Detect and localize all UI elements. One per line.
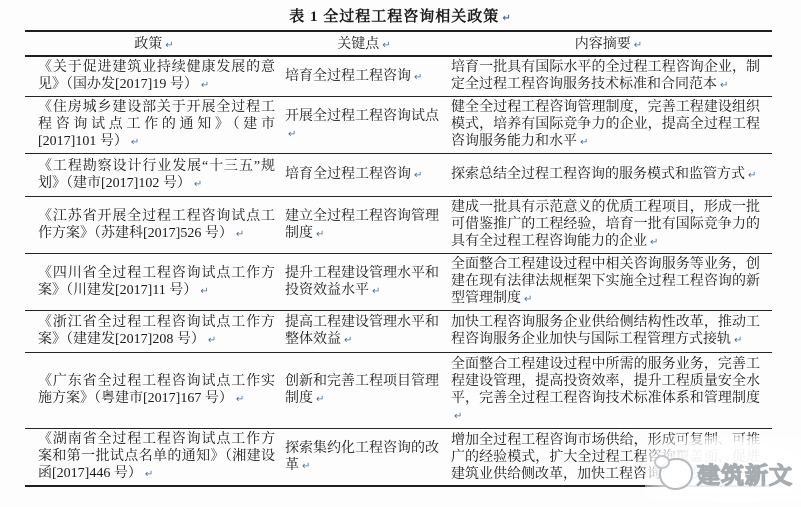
summary-text: 加快工程咨询服务企业供给侧结构性改革，推动工程咨询服务企业加快与国际工程管理方式… [451, 315, 760, 347]
paragraph-mark-icon: ↵ [382, 40, 390, 51]
paragraph-mark-icon: ↵ [580, 137, 588, 148]
policy-cell: 《住房城乡建设部关于开展全过程工程咨询试点工作的通知》（建市[2017]101 … [25, 97, 283, 154]
policy-cell: 《湖南省全过程工程咨询试点工作方案和第一批试点名单的通知》（湘建设函[2017]… [25, 429, 283, 487]
paragraph-mark-icon: ↵ [414, 170, 422, 181]
paragraph-mark-icon: ↵ [344, 335, 352, 346]
key-point-cell: 探索集约化工程咨询的改革↵ [283, 429, 445, 487]
policy-text: 《浙江省全过程工程咨询试点工作方案》（建建发[2017]208 号） [38, 315, 275, 347]
summary-text: 全面整合工程建设过程中所需的服务业务，完善工程建设管理，提高投资效率，提升工程质… [451, 357, 760, 406]
paragraph-mark-icon: ↵ [145, 469, 153, 480]
table-header-row: 政策↵ 关键点↵ 内容摘要↵ [25, 31, 772, 56]
key-point-cell: 创新和完善工程项目管理制度↵ [283, 353, 445, 429]
key-point-cell: 培育全过程工程咨询↵ [283, 56, 445, 97]
paragraph-mark-icon: ↵ [131, 137, 139, 148]
key-point-text: 培育全过程工程咨询 [285, 69, 411, 84]
paragraph-mark-icon: ↵ [316, 394, 324, 405]
paragraph-mark-icon: ↵ [650, 237, 658, 248]
table-row: 《住房城乡建设部关于开展全过程工程咨询试点工作的通知》（建市[2017]101 … [25, 97, 772, 154]
paragraph-mark-icon: ↵ [200, 286, 208, 297]
key-point-text: 培育全过程工程咨询 [285, 167, 411, 182]
policy-cell: 《江苏省开展全过程工程咨询试点工作方案》（苏建科[2017]526 号）↵ [25, 197, 283, 254]
key-point-cell: 培育全过程工程咨询↵ [283, 154, 445, 197]
column-header-summary: 内容摘要↵ [445, 31, 772, 56]
key-point-text: 建立全过程工程咨询管理制度 [285, 209, 439, 241]
policy-text: 《住房城乡建设部关于开展全过程工程咨询试点工作的通知》（建市[2017]101 … [38, 100, 275, 149]
policy-cell: 《工程勘察设计行业发展“十三五”规划》（建市[2017]102 号）↵ [25, 154, 283, 197]
table-row: 《工程勘察设计行业发展“十三五”规划》（建市[2017]102 号）↵ 培育全过… [25, 154, 772, 197]
paragraph-mark-icon: ↵ [502, 13, 511, 24]
paragraph-mark-icon: ↵ [236, 394, 244, 405]
column-header-key-point-label: 关键点 [337, 37, 379, 52]
policy-cell: 《四川省全过程工程咨询试点工作方案》（川建发[2017]11 号）↵ [25, 254, 283, 311]
paragraph-mark-icon: ↵ [748, 170, 756, 181]
paragraph-mark-icon: ↵ [236, 229, 244, 240]
policy-text: 《湖南省全过程工程咨询试点工作方案和第一批试点名单的通知》（湘建设函[2017]… [38, 432, 275, 481]
summary-text: 增加全过程工程咨询市场供给，形成可复制、可推广的经验模式，扩大全过程工程咨询覆盖… [451, 433, 760, 482]
paragraph-mark-icon: ↵ [454, 411, 462, 422]
document-page: 表 1 全过程工程咨询相关政策↵ 政策↵ 关键点↵ 内容摘要↵ 《关于促进建筑业… [0, 0, 801, 507]
key-point-text: 开展全过程工程咨询试点 [285, 109, 439, 124]
summary-text: 建成一批具有示范意义的优质工程项目，形成一批可借鉴推广的工程经验，培育一批有国际… [451, 200, 760, 249]
paragraph-mark-icon: ↵ [372, 286, 380, 297]
key-point-text: 提升工程建设管理水平和投资效益水平 [285, 266, 439, 298]
key-point-cell: 提高工程建设管理水平和整体效益↵ [283, 311, 445, 353]
summary-text: 培育一批具有国际水平的全过程工程咨询企业，制定全过程工程咨询服务技术标准和合同范… [451, 60, 760, 92]
summary-cell: 加快工程咨询服务企业供给侧结构性改革，推动工程咨询服务企业加快与国际工程管理方式… [445, 311, 772, 353]
table-row: 《广东省全过程工程咨询试点工作实施方案》（粤建市[2017]167 号）↵ 创新… [25, 353, 772, 429]
paragraph-mark-icon: ↵ [165, 40, 173, 51]
column-header-policy-label: 政策 [134, 37, 162, 52]
summary-cell: 探索总结全过程工程咨询的服务模式和监管方式↵ [445, 154, 772, 197]
policy-text: 《工程勘察设计行业发展“十三五”规划》（建市[2017]102 号） [38, 159, 275, 191]
key-point-text: 提高工程建设管理水平和整体效益 [285, 315, 439, 347]
table-row: 《江苏省开展全过程工程咨询试点工作方案》（苏建科[2017]526 号）↵ 建立… [25, 197, 772, 254]
paragraph-mark-icon: ↵ [302, 461, 310, 472]
summary-cell: 培育一批具有国际水平的全过程工程咨询企业，制定全过程工程咨询服务技术标准和合同范… [445, 56, 772, 97]
paragraph-mark-icon: ↵ [414, 72, 422, 83]
summary-cell: 全面整合工程建设过程中相关咨询服务等业务，创建在现有法律法规框架下实施全过程工程… [445, 254, 772, 311]
policy-text: 《四川省全过程工程咨询试点工作方案》（川建发[2017]11 号） [38, 266, 275, 298]
page-title: 表 1 全过程工程咨询相关政策↵ [0, 5, 801, 26]
paragraph-mark-icon: ↵ [208, 335, 216, 346]
paragraph-mark-icon: ↵ [288, 129, 296, 140]
paragraph-mark-icon: ↵ [524, 294, 532, 305]
table-row: 《湖南省全过程工程咨询试点工作方案和第一批试点名单的通知》（湘建设函[2017]… [25, 429, 772, 487]
policy-text: 《关于促进建筑业持续健康发展的意见》（国办发[2017]19 号） [38, 60, 275, 92]
summary-cell: 健全全过程工程咨询管理制度，完善工程建设组织模式，培养有国际竞争力的企业，提高全… [445, 97, 772, 154]
key-point-cell: 建立全过程工程咨询管理制度↵ [283, 197, 445, 254]
key-point-cell: 开展全过程工程咨询试点↵ [283, 97, 445, 154]
paragraph-mark-icon: ↵ [634, 40, 642, 51]
paragraph-mark-icon: ↵ [316, 229, 324, 240]
key-point-cell: 提升工程建设管理水平和投资效益水平↵ [283, 254, 445, 311]
paragraph-mark-icon: ↵ [194, 179, 202, 190]
summary-text: 健全全过程工程咨询管理制度，完善工程建设组织模式，培养有国际竞争力的企业，提高全… [451, 100, 760, 149]
table-row: 《浙江省全过程工程咨询试点工作方案》（建建发[2017]208 号）↵ 提高工程… [25, 311, 772, 353]
paragraph-mark-icon: ↵ [201, 80, 209, 91]
summary-cell: 全面整合工程建设过程中所需的服务业务，完善工程建设管理，提高投资效率，提升工程质… [445, 353, 772, 429]
policy-cell: 《广东省全过程工程咨询试点工作实施方案》（粤建市[2017]167 号）↵ [25, 353, 283, 429]
summary-text: 全面整合工程建设过程中相关咨询服务等业务，创建在现有法律法规框架下实施全过程工程… [451, 257, 760, 306]
summary-cell: 增加全过程工程咨询市场供给，形成可复制、可推广的经验模式，扩大全过程工程咨询覆盖… [445, 429, 772, 487]
policy-cell: 《浙江省全过程工程咨询试点工作方案》（建建发[2017]208 号）↵ [25, 311, 283, 353]
column-header-summary-label: 内容摘要 [575, 37, 631, 52]
column-header-key-point: 关键点↵ [283, 31, 445, 56]
table-row: 《关于促进建筑业持续健康发展的意见》（国办发[2017]19 号）↵ 培育全过程… [25, 56, 772, 97]
summary-text: 探索总结全过程工程咨询的服务模式和监管方式 [451, 167, 745, 182]
page-title-text: 表 1 全过程工程咨询相关政策 [289, 9, 499, 25]
policy-cell: 《关于促进建筑业持续健康发展的意见》（国办发[2017]19 号）↵ [25, 56, 283, 97]
paragraph-mark-icon: ↵ [720, 80, 728, 91]
summary-cell: 建成一批具有示范意义的优质工程项目，形成一批可借鉴推广的工程经验，培育一批有国际… [445, 197, 772, 254]
table-row: 《四川省全过程工程咨询试点工作方案》（川建发[2017]11 号）↵ 提升工程建… [25, 254, 772, 311]
column-header-policy: 政策↵ [25, 31, 283, 56]
policy-table: 政策↵ 关键点↵ 内容摘要↵ 《关于促进建筑业持续健康发展的意见》（国办发[20… [25, 30, 772, 487]
paragraph-mark-icon: ↵ [734, 335, 742, 346]
key-point-text: 创新和完善工程项目管理制度 [285, 374, 439, 406]
